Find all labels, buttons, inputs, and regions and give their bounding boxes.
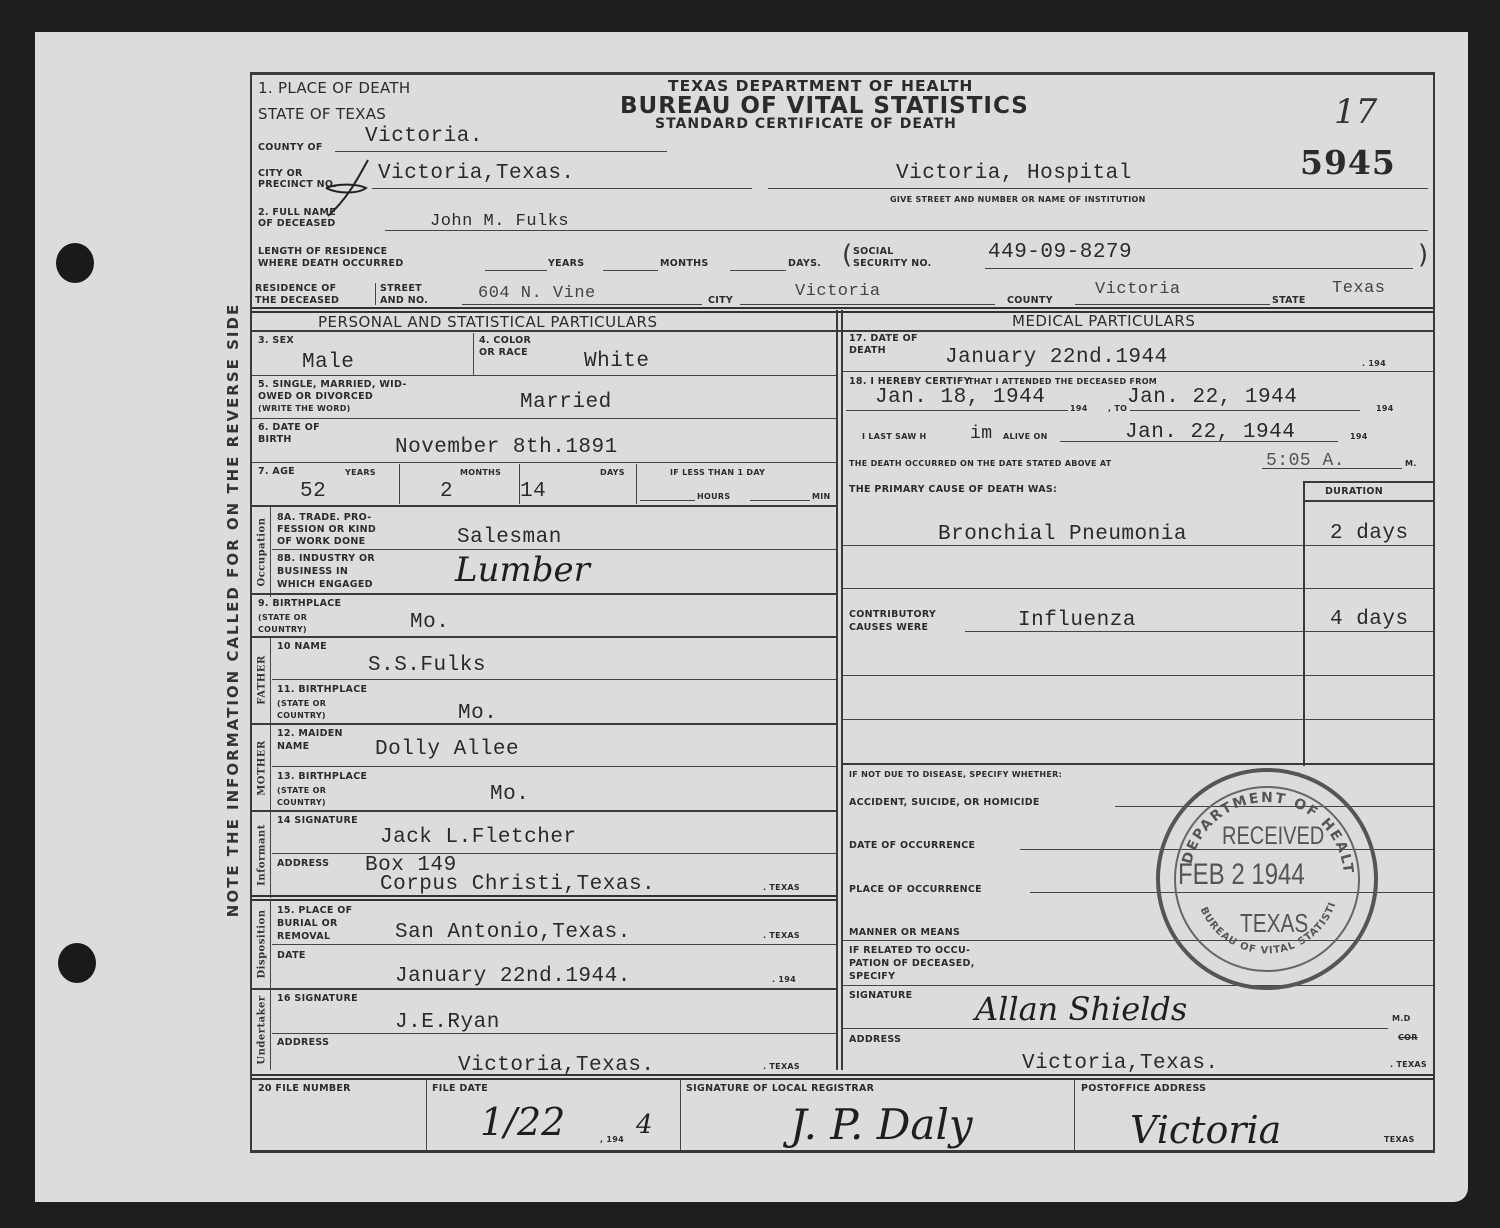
last-saw-year: 194 [1350,432,1368,442]
cause-line [843,588,1433,589]
marital-label-3: (WRITE THE WORD) [258,404,351,414]
stamp-state: TEXAS [1240,908,1308,939]
cor-label: COR [1398,1033,1418,1043]
last-saw-label-1: I LAST SAW H [862,432,927,442]
undertaker-signature-label: 16 SIGNATURE [277,993,358,1004]
less-than-day-label: IF LESS THAN 1 DAY [670,468,765,478]
trade-label-3: OF WORK DONE [277,536,365,547]
birthplace-value: Mo. [410,612,449,634]
mother-birthplace-label-3: COUNTRY) [277,798,326,808]
row-rule [843,371,1433,372]
cause-line [843,675,1433,676]
birthplace-label-3: COUNTRY) [258,625,307,635]
file-year-prefix: , 194 [600,1135,624,1145]
county-label: COUNTY OF [258,142,323,153]
physician-address-value: Victoria,Texas. [1022,1053,1219,1075]
city-label: CITY OR [258,168,303,179]
row-double-rule [252,895,836,901]
file-year-digit: 4 [636,1110,653,1140]
group-divider [270,725,271,811]
father-birthplace-label-3: COUNTRY) [277,711,326,721]
street-value: 604 N. Vine [478,283,596,305]
age-divider [399,464,400,504]
row-rule [272,679,836,680]
marital-label-2: OWED OR DIVORCED [258,391,373,402]
mother-group-label: MOTHER [257,740,268,796]
informant-signature-value: Jack L.Fletcher [380,827,577,849]
cause-line [843,545,1433,546]
burial-label-3: REMOVAL [277,931,330,942]
row-rule [252,418,836,419]
ssn-label-2: SECURITY NO. [853,258,932,269]
duration-label: DURATION [1325,486,1383,497]
sex-value: Male [302,352,354,374]
row-rule [252,593,836,595]
physician-signature-label: SIGNATURE [849,990,912,1001]
father-birthplace-value: Mo. [458,703,497,725]
residence-city-value: Victoria [795,281,881,303]
birthplace-label-1: 9. BIRTHPLACE [258,598,341,609]
residence-label-1: RESIDENCE OF [255,283,336,294]
hours-line [640,500,695,501]
min-label: MIN [812,492,831,502]
street-label-1: STREET [380,283,422,294]
city-line [372,188,752,189]
residence-county-value: Victoria [1095,279,1181,301]
residence-county-line [1075,304,1270,305]
row-rule [252,375,836,376]
to-label: , TO [1108,404,1127,414]
row-rule [272,853,836,854]
row-rule [252,505,836,507]
time-label: THE DEATH OCCURRED ON THE DATE STATED AB… [849,459,1112,469]
institution-line [768,188,1428,189]
frame-left [250,72,252,1152]
row-rule [272,766,836,767]
trade-value: Salesman [457,527,562,549]
occupation-related-label-2: PATION OF DECEASED, [849,958,975,969]
days-label: DAYS. [788,258,821,269]
primary-cause-label: THE PRIMARY CAUSE OF DEATH WAS: [849,484,1057,495]
mother-name-label-2: NAME [277,741,309,752]
time-suffix: M. [1405,459,1417,469]
informant-signature-label: 14 SIGNATURE [277,815,358,826]
medical-section-title: MEDICAL PARTICULARS [1012,312,1195,330]
physician-state-suffix: . TEXAS [1390,1060,1427,1070]
informant-group-label: Informant [257,824,268,886]
burial-place-value: San Antonio,Texas. [395,922,631,944]
industry-label-3: WHICH ENGAGED [277,579,373,590]
undertaker-group-label: Undertaker [257,995,268,1064]
ssn-value: 449-09-8279 [988,242,1132,264]
occurrence-place-label: PLACE OF OCCURRENCE [849,884,982,895]
residence-state-label: STATE [1272,295,1306,306]
sex-label: 3. SEX [258,335,294,346]
filing-divider [680,1080,681,1150]
full-name-label-1: 2. FULL NAME [258,207,336,218]
informant-address-line2: Corpus Christi,Texas. [380,874,655,896]
contributory-label-2: CAUSES WERE [849,622,928,633]
center-divider-right [841,310,843,1070]
group-divider [270,812,271,898]
place-of-death-label: 1. PLACE OF DEATH [258,80,410,96]
street-label-2: AND NO. [380,295,428,306]
row-rule [252,723,836,725]
marital-value: Married [520,392,612,414]
filing-divider [426,1080,427,1150]
full-name-label-2: OF DECEASED [258,218,336,229]
ssn-paren-close: ) [1418,240,1428,270]
industry-label-1: 8B. INDUSTRY OR [277,553,375,564]
not-disease-label: IF NOT DUE TO DISEASE, SPECIFY WHETHER: [849,770,1062,780]
residence-label-2: THE DECEASED [255,295,339,306]
race-label-1: 4. COLOR [479,335,531,346]
group-divider [270,638,271,724]
burial-date-label: DATE [277,950,306,961]
residence-divider [375,283,376,305]
time-line [1262,468,1402,469]
signature-line [843,1028,1388,1029]
burial-date-value: January 22nd.1944. [395,966,631,988]
marital-label-1: 5. SINGLE, MARRIED, WID- [258,379,407,390]
sex-race-divider [473,333,474,375]
father-birthplace-label-2: (STATE OR [277,699,326,709]
father-name-label: 10 NAME [277,641,327,652]
industry-value: Lumber [455,550,590,590]
attended-from-year: 194 [1070,404,1088,414]
postoffice-state-suffix: TEXAS [1384,1135,1415,1145]
mother-birthplace-value: Mo. [490,784,529,806]
occupation-group-label: Occupation [257,518,268,587]
center-divider-left [836,310,838,1070]
occurrence-date-label: DATE OF OCCURRENCE [849,840,975,851]
institution-caption: GIVE STREET AND NUMBER OR NAME OF INSTIT… [890,195,1146,205]
postoffice-value: Victoria [1130,1108,1281,1152]
attended-to-line [1130,410,1360,411]
stamp-date: FEB 2 1944 [1178,858,1305,892]
file-date-label: FILE DATE [432,1083,488,1094]
attended-to-year: 194 [1376,404,1394,414]
dod-value: January 22nd.1944 [945,347,1168,369]
race-value: White [584,351,650,373]
days-line [730,270,786,271]
county-value: Victoria. [365,126,483,148]
occupation-related-label-1: IF RELATED TO OCCU- [849,945,970,956]
cause-line [965,631,1433,632]
age-days-value: 14 [520,481,546,503]
primary-duration-value: 2 days [1330,523,1409,545]
filing-double-rule [252,1074,1433,1080]
reverse-side-note: NOTE THE INFORMATION CALLED FOR ON THE R… [224,303,242,917]
frame-top [250,72,1435,75]
state-of-texas-label: STATE OF TEXAS [258,106,386,122]
father-group-label: FATHER [257,655,268,705]
row-rule [252,636,836,638]
father-name-value: S.S.Fulks [368,655,486,677]
group-divider [270,990,271,1070]
dob-value: November 8th.1891 [395,437,618,459]
residence-state-value: Texas [1332,278,1386,300]
informant-state-suffix: . TEXAS [763,883,800,893]
industry-label-2: BUSINESS IN [277,566,348,577]
residence-city-label: CITY [708,295,733,306]
birthplace-label-2: (STATE OR [258,613,307,623]
years-label: YEARS [548,258,584,269]
hours-label: HOURS [697,492,730,502]
mother-birthplace-label-1: 13. BIRTHPLACE [277,771,367,782]
dod-year-suffix: . 194 [1362,359,1386,369]
dod-label-1: 17. DATE OF [849,333,918,344]
last-saw-label-2: ALIVE ON [1003,432,1048,442]
disposition-group-label: Disposition [257,909,268,978]
mother-name-value: Dolly Allee [375,739,519,761]
physician-signature: Allan Shields [975,990,1187,1028]
file-number-label: 20 FILE NUMBER [258,1083,351,1094]
undertaker-state-suffix: . TEXAS [763,1062,800,1072]
mother-name-label-1: 12. MAIDEN [277,728,343,739]
punch-hole [58,943,96,983]
registrar-label: SIGNATURE OF LOCAL REGISTRAR [686,1083,874,1094]
trade-label-1: 8A. TRADE. PRO- [277,512,371,523]
register-mark: 17 [1334,92,1377,132]
primary-cause-value: Bronchial Pneumonia [938,524,1187,546]
mother-birthplace-label-2: (STATE OR [277,786,326,796]
min-line [750,500,810,501]
row-rule [252,810,836,812]
accident-label: ACCIDENT, SUICIDE, OR HOMICIDE [849,797,1040,808]
personal-section-title: PERSONAL AND STATISTICAL PARTICULARS [318,313,657,331]
father-birthplace-label-1: 11. BIRTHPLACE [277,684,367,695]
physician-address-label: ADDRESS [849,1034,901,1045]
md-label: M.D [1392,1014,1411,1024]
county-line [335,151,667,152]
last-saw-line [1060,441,1338,442]
dod-label-2: DEATH [849,345,886,356]
years-line [485,270,547,271]
postoffice-label: POSTOFFICE ADDRESS [1081,1083,1206,1094]
attended-from-value: Jan. 18, 1944 [875,387,1045,409]
residence-city-line [740,304,995,305]
undertaker-signature-value: J.E.Ryan [395,1012,500,1034]
burial-label-1: 15. PLACE OF [277,905,352,916]
cause-line [843,719,1433,720]
manner-label: MANNER OR MEANS [849,927,960,938]
undertaker-address-label: ADDRESS [277,1037,329,1048]
informant-address-label: ADDRESS [277,858,329,869]
last-saw-pronoun: im [970,423,993,445]
received-stamp: DEPARTMENT OF HEALTH BUREAU OF VITAL STA… [1156,768,1378,990]
residence-length-label-2: WHERE DEATH OCCURRED [258,258,404,269]
form-title: STANDARD CERTIFICATE OF DEATH [655,116,957,132]
burial-state-suffix: . TEXAS [763,931,800,941]
certificate-number: 5945 [1300,143,1396,182]
contributory-duration-value: 4 days [1330,609,1409,631]
burial-year-suffix: . 194 [772,975,796,985]
group-divider [270,900,271,990]
age-months-label: MONTHS [460,468,501,478]
ssn-paren-open: ( [842,240,852,270]
ssn-label-1: SOCIAL [853,246,894,257]
group-divider [270,507,271,597]
row-rule [272,944,836,945]
months-label: MONTHS [660,258,709,269]
dob-label-1: 6. DATE OF [258,422,320,433]
age-years-value: 52 [300,481,326,503]
file-date-value: 1/22 [480,1100,565,1144]
duration-column-divider [1303,481,1305,766]
trade-label-2: FESSION OR KIND [277,524,376,535]
residence-county-label: COUNTY [1007,295,1053,306]
registrar-signature: J. P. Daly [790,1100,973,1149]
occupation-related-label-3: SPECIFY [849,971,895,982]
frame-right [1433,72,1435,1152]
burial-label-2: BURIAL OR [277,918,338,929]
age-days-label: DAYS [600,468,625,478]
duration-header-rule [1303,500,1433,502]
street-line [462,304,702,305]
row-rule [843,763,1433,765]
punch-hole [56,243,94,283]
contributory-label-1: CONTRIBUTORY [849,609,936,620]
age-months-value: 2 [440,481,453,503]
row-rule [252,988,836,990]
race-label-2: OR RACE [479,347,528,358]
residence-length-label-1: LENGTH OF RESIDENCE [258,246,387,257]
duration-top-rule [1303,481,1433,483]
row-rule [272,1033,836,1034]
filing-divider [1074,1080,1075,1150]
name-line [385,230,1428,231]
contributory-cause-value: Influenza [1018,610,1136,632]
dob-label-2: BIRTH [258,434,292,445]
stamp-status: RECEIVED [1222,822,1324,851]
attended-to-value: Jan. 22, 1944 [1127,387,1297,409]
age-divider [636,464,637,504]
row-rule [252,462,836,463]
age-label: 7. AGE [258,466,295,477]
months-line [603,270,658,271]
city-value: Victoria,Texas. [378,163,575,185]
age-years-label: YEARS [345,468,376,478]
attended-from-line [846,410,1068,411]
institution-value: Victoria, Hospital [896,163,1132,185]
ssn-line [985,268,1413,269]
